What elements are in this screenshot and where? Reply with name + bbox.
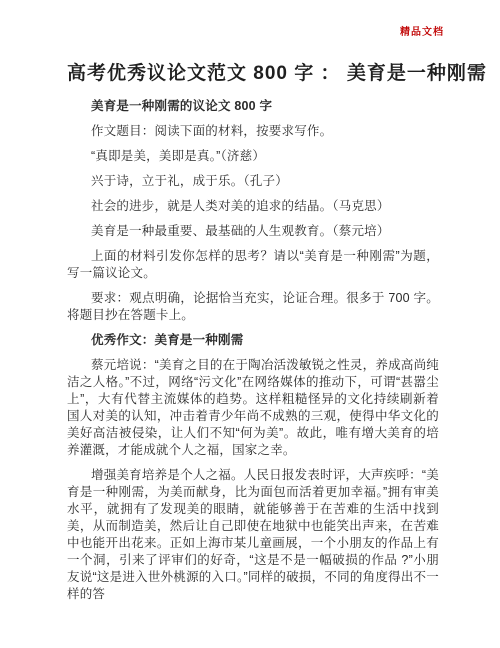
document-body: 美育是一种刚需的议论文 800 字 作文题目：阅读下面的材料，按要求写作。 “真… (67, 98, 439, 603)
paragraph-task: 上面的材料引发你怎样的思考？请以“美育是一种刚需”为题，写一篇议论文。 (67, 248, 439, 282)
paragraph-quote-caiyuanpei: 美育是一种最重要、最基础的人生观教育。（蔡元培） (67, 223, 439, 240)
document-title: 高考优秀议论文范文 800 字 ： 美育是一种刚需 (67, 62, 433, 86)
document-page: 精品文档 高考优秀议论文范文 800 字 ： 美育是一种刚需 美育是一种刚需的议… (0, 0, 500, 648)
paragraph-essay-heading: 优秀作文：美育是一种刚需 (67, 332, 439, 349)
paragraph-subtitle: 美育是一种刚需的议论文 800 字 (67, 98, 439, 115)
paragraph-essay-body-2: 增强美育培养是个人之福。人民日报发表时评，大声疾呼：“美育是一种刚需，为美而献身… (67, 467, 439, 603)
paragraph-essay-body-1: 蔡元培说：“美育之目的在于陶冶活泼敏锐之性灵，养成高尚纯洁之人格。”不过，网络“… (67, 357, 439, 459)
paragraph-quote-keats: “真即是美，美即是真。”（济慈） (67, 148, 439, 165)
paragraph-prompt: 作文题目：阅读下面的材料，按要求写作。 (67, 123, 439, 140)
paragraph-requirements: 要求：观点明确，论据恰当充实，论证合理。很多于 700 字。将题目抄在答题卡上。 (67, 290, 439, 324)
watermark-label: 精品文档 (67, 27, 444, 39)
paragraph-quote-confucius: 兴于诗，立于礼，成于乐。（孔子） (67, 173, 439, 190)
paragraph-quote-marx: 社会的进步，就是人类对美的追求的结晶。（马克思） (67, 198, 439, 215)
